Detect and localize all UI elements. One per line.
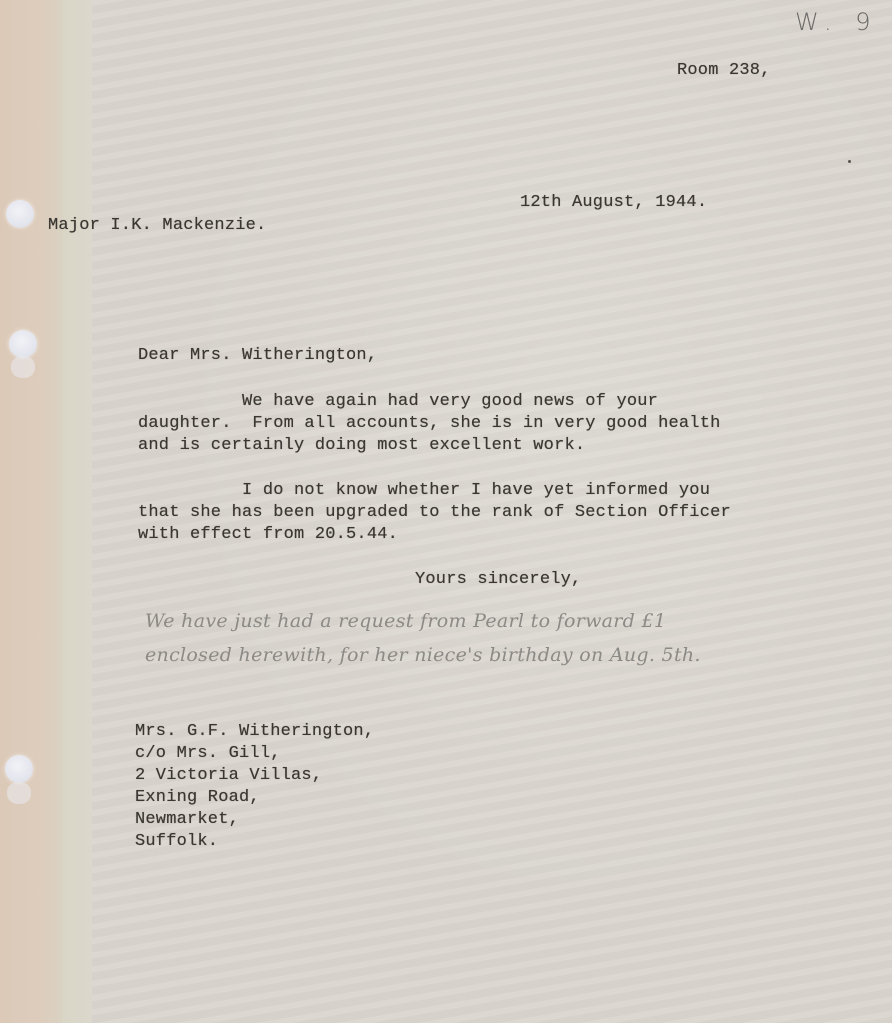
address-line: 2 Victoria Villas,	[135, 765, 322, 787]
address-line: c/o Mrs. Gill,	[135, 743, 281, 765]
sender-name: Major I.K. Mackenzie.	[48, 215, 266, 237]
handwritten-line: We have just had a request from Pearl to…	[145, 608, 666, 635]
closing: Yours sincerely,	[415, 569, 581, 591]
handwritten-line: enclosed herewith, for her niece's birth…	[145, 642, 701, 669]
punch-hole-middle	[9, 330, 37, 358]
punch-hole-middle-shadow	[11, 356, 35, 378]
paragraph-line: I do not know whether I have yet informe…	[138, 480, 710, 502]
address-line: Mrs. G.F. Witherington,	[135, 721, 374, 743]
punch-hole-bottom	[5, 755, 33, 783]
punch-hole-top	[6, 200, 34, 228]
address-line: Suffolk.	[135, 831, 218, 853]
paragraph-line: and is certainly doing most excellent wo…	[138, 435, 585, 457]
paragraph-line: that she has been upgraded to the rank o…	[138, 502, 731, 524]
paragraph-line: with effect from 20.5.44.	[138, 524, 398, 546]
salutation: Dear Mrs. Witherington,	[138, 345, 377, 367]
paragraph-line: We have again had very good news of your	[138, 391, 658, 413]
paragraph-line: daughter. From all accounts, she is in v…	[138, 413, 721, 435]
address-line: Newmarket,	[135, 809, 239, 831]
letter-date: 12th August, 1944.	[520, 192, 707, 214]
left-margin-strip	[0, 0, 62, 1023]
room-number: Room 238,	[677, 60, 771, 82]
address-line: Exning Road,	[135, 787, 260, 809]
punch-hole-bottom-shadow	[7, 782, 31, 804]
left-margin-strip-inner	[62, 0, 92, 1023]
paper-speck	[848, 160, 851, 163]
folio-mark: W. 9	[795, 8, 879, 36]
